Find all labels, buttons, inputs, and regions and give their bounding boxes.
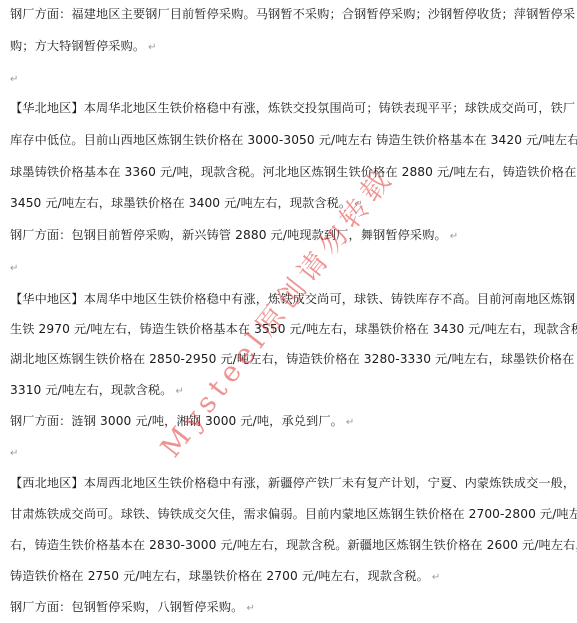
line-text: 钢厂方面：涟钢 3000 元/吨，湘钢 3000 元/吨，承兑到厂。 <box>10 414 343 428</box>
line-text: 右，铸造生铁价格基本在 2830-3000 元/吨左右，现款含税。新疆地区炼钢生… <box>10 538 577 552</box>
line-text: 钢厂方面：包钢暂停采购，八钢暂停采购。 <box>10 600 243 614</box>
text-line: 3310 元/吨左右，现款含税。↵ <box>10 380 184 400</box>
paragraph-mark-icon: ↵ <box>450 231 458 242</box>
text-line: 【华中地区】本周华中地区生铁价格稳中有涨，炼铁成交尚可，球铁、铸铁库存不高。目前… <box>10 289 575 309</box>
line-text: 【西北地区】本周西北地区生铁价格稳中有涨，新疆停产铁厂未有复产计划，宁夏、内蒙炼… <box>10 476 575 490</box>
text-line: 3450 元/吨左右，球墨铁价格在 3400 元/吨左右，现款含税。↵ <box>10 193 363 213</box>
line-text: 【华北地区】本周华北地区生铁价格稳中有涨，炼铁交投氛围尚可；铸铁表现平平；球铁成… <box>10 101 575 115</box>
empty-paragraph: ↵ <box>10 442 18 462</box>
text-line: 球墨铸铁价格基本在 3360 元/吨，现款含税。河北地区炼钢生铁价格在 2880… <box>10 162 576 182</box>
line-text: 钢厂方面：福建地区主要钢厂目前暂停采购。马钢暂不采购；合钢暂停采购；沙钢暂停收货… <box>10 7 575 21</box>
text-line: 湖北地区炼钢生铁价格在 2850-2950 元/吨左右，铸造铁价格在 3280-… <box>10 349 574 369</box>
paragraph-mark-icon: ↵ <box>346 417 354 428</box>
text-line: 购；方大特钢暂停采购。↵ <box>10 36 157 56</box>
text-line: 【西北地区】本周西北地区生铁价格稳中有涨，新疆停产铁厂未有复产计划，宁夏、内蒙炼… <box>10 473 575 493</box>
line-text: 钢厂方面：包钢目前暂停采购，新兴铸管 2880 元/吨现款到厂，舞钢暂停采购。 <box>10 228 447 242</box>
empty-paragraph: ↵ <box>10 257 18 277</box>
text-line: 钢厂方面：涟钢 3000 元/吨，湘钢 3000 元/吨，承兑到厂。↵ <box>10 411 354 431</box>
text-line: 【华北地区】本周华北地区生铁价格稳中有涨，炼铁交投氛围尚可；铸铁表现平平；球铁成… <box>10 98 575 118</box>
paragraph-mark-icon: ↵ <box>148 42 156 53</box>
line-text: 生铁 2970 元/吨左右，铸造生铁价格基本在 3550 元/吨左右，球墨铁价格… <box>10 322 577 336</box>
line-text: 库存中低位。目前山西地区炼钢生铁价格在 3000-3050 元/吨左右 铸造生铁… <box>10 133 577 147</box>
text-line: 钢厂方面：福建地区主要钢厂目前暂停采购。马钢暂不采购；合钢暂停采购；沙钢暂停收货… <box>10 4 575 24</box>
text-line: 右，铸造生铁价格基本在 2830-3000 元/吨左右，现款含税。新疆地区炼钢生… <box>10 535 577 555</box>
line-text: 球墨铸铁价格基本在 3360 元/吨，现款含税。河北地区炼钢生铁价格在 2880… <box>10 165 576 179</box>
paragraph-mark-icon: ↵ <box>432 572 440 583</box>
line-text: 3310 元/吨左右，现款含税。 <box>10 383 172 397</box>
line-text: 购；方大特钢暂停采购。 <box>10 39 145 53</box>
text-line: 钢厂方面：包钢目前暂停采购，新兴铸管 2880 元/吨现款到厂，舞钢暂停采购。↵ <box>10 225 458 245</box>
line-text: 甘肃炼铁成交尚可。球铁、铸铁成交欠佳，需求偏弱。目前内蒙地区炼钢生铁价格在 27… <box>10 507 577 521</box>
text-line: 库存中低位。目前山西地区炼钢生铁价格在 3000-3050 元/吨左右 铸造生铁… <box>10 130 577 150</box>
line-text: 铸造铁价格在 2750 元/吨左右，球墨铁价格在 2700 元/吨左右，现款含税… <box>10 569 429 583</box>
text-line: 钢厂方面：包钢暂停采购，八钢暂停采购。↵ <box>10 597 255 617</box>
text-line: 生铁 2970 元/吨左右，铸造生铁价格基本在 3550 元/吨左右，球墨铁价格… <box>10 319 577 339</box>
paragraph-mark-icon: ↵ <box>10 263 18 274</box>
paragraph-mark-icon: ↵ <box>10 74 18 85</box>
empty-paragraph: ↵ <box>10 68 18 88</box>
text-line: 铸造铁价格在 2750 元/吨左右，球墨铁价格在 2700 元/吨左右，现款含税… <box>10 566 440 586</box>
line-text: 湖北地区炼钢生铁价格在 2850-2950 元/吨左右，铸造铁价格在 3280-… <box>10 352 574 366</box>
line-text: 【华中地区】本周华中地区生铁价格稳中有涨，炼铁成交尚可，球铁、铸铁库存不高。目前… <box>10 292 575 306</box>
paragraph-mark-icon: ↵ <box>246 603 254 614</box>
paragraph-mark-icon: ↵ <box>175 386 183 397</box>
paragraph-mark-icon: ↵ <box>354 199 362 210</box>
line-text: 3450 元/吨左右，球墨铁价格在 3400 元/吨左右，现款含税。 <box>10 196 351 210</box>
text-line: 甘肃炼铁成交尚可。球铁、铸铁成交欠佳，需求偏弱。目前内蒙地区炼钢生铁价格在 27… <box>10 504 577 524</box>
paragraph-mark-icon: ↵ <box>10 448 18 459</box>
